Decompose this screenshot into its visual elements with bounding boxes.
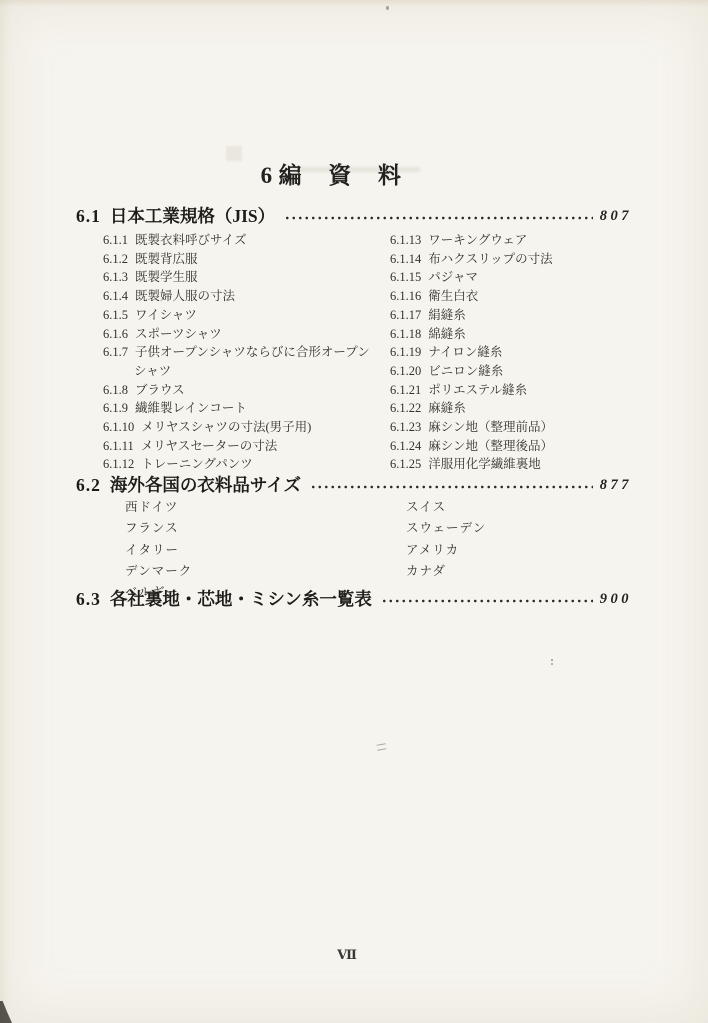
toc-entry: 6.1.18綿縫糸: [390, 325, 553, 344]
toc-entry-continuation: シャツ: [103, 362, 370, 381]
toc-entry: 6.1.22麻縫糸: [390, 399, 553, 418]
items-left-column: 6.1.1既製衣料呼びサイズ 6.1.2既製背広服 6.1.3既製学生服 6.1…: [103, 231, 370, 474]
page-title: 6編 資 料: [0, 157, 688, 190]
section-number: 6.2: [76, 474, 101, 496]
entry-number: 6.1.18: [390, 327, 421, 341]
entry-text: 繊維製レインコート: [135, 401, 247, 415]
section-page-number: 807: [600, 205, 632, 227]
dotted-leader: [284, 209, 593, 227]
toc-entry: 6.1.11メリヤスセーターの寸法: [103, 437, 370, 456]
country-entry: カナダ: [406, 561, 486, 582]
toc-entry: 6.1.16衛生白衣: [390, 287, 553, 306]
entry-text: 既製衣料呼びサイズ: [135, 233, 247, 247]
section-number: 6.3: [76, 588, 101, 610]
toc-entry: 6.1.5ワイシャツ: [103, 306, 370, 325]
entry-text: パジャマ: [428, 270, 478, 284]
entry-text: 子供オープンシャツならびに合形オープン: [135, 345, 370, 359]
entry-number: 6.1.10: [103, 420, 134, 434]
entry-text: メリヤスセーターの寸法: [141, 439, 278, 453]
items-right-column: 6.1.13ワーキングウェア 6.1.14布ハクスリップの寸法 6.1.15パジ…: [390, 231, 553, 474]
section-heading-6-1: 6.1 日本工業規格（JIS） 807: [76, 205, 632, 227]
section-label: 各社裏地・芯地・ミシン糸一覧表: [110, 588, 372, 610]
toc-entry: 6.1.6スポーツシャツ: [103, 325, 370, 344]
entry-number: 6.1.11: [103, 439, 134, 453]
toc-entry: 6.1.2既製背広服: [103, 250, 370, 269]
toc-entry: 6.1.21ポリエステル縫糸: [390, 381, 553, 400]
toc-entry: 6.1.25洋服用化学繊維裏地: [390, 455, 553, 474]
toc-entry: 6.1.10メリヤスシャツの寸法(男子用): [103, 418, 370, 437]
entry-number: 6.1.9: [103, 401, 128, 415]
country-entry: スイス: [406, 497, 486, 518]
scan-artifact-speck: [551, 659, 553, 661]
entry-text: ナイロン縫糸: [428, 345, 502, 359]
entry-number: 6.1.24: [390, 439, 421, 453]
country-entry: スウェーデン: [406, 518, 486, 539]
entry-number: 6.1.8: [103, 383, 128, 397]
entry-text: 洋服用化学繊維裏地: [428, 457, 541, 471]
toc-entry: 6.1.4既製婦人服の寸法: [103, 287, 370, 306]
entry-number: 6.1.2: [103, 252, 128, 266]
entry-text: シャツ: [134, 364, 171, 378]
section-page-number: 877: [600, 474, 632, 496]
entry-text: 麻シン地（整理前品）: [428, 420, 553, 434]
country-entry: 西ドイツ: [125, 497, 192, 518]
entry-text: トレーニングパンツ: [141, 457, 253, 471]
entry-number: 6.1.15: [390, 270, 421, 284]
toc-entry: 6.1.9繊維製レインコート: [103, 399, 370, 418]
entry-number: 6.1.13: [390, 233, 421, 247]
toc-entry: 6.1.3既製学生服: [103, 268, 370, 287]
country-entry: イタリー: [125, 540, 192, 561]
entry-number: 6.1.25: [390, 457, 421, 471]
entry-text: スポーツシャツ: [135, 327, 222, 341]
entry-number: 6.1.14: [390, 252, 421, 266]
toc-entry: 6.1.24麻シン地（整理後品）: [390, 437, 553, 456]
entry-text: 絹縫糸: [428, 308, 466, 322]
entry-number: 6.1.19: [390, 345, 421, 359]
entry-text: 麻縫糸: [428, 401, 466, 415]
toc-entry: 6.1.23麻シン地（整理前品）: [390, 418, 553, 437]
toc-scan-page: 6編 資 料 6.1 日本工業規格（JIS） 807 6.1.1既製衣料呼びサイ…: [0, 0, 708, 1023]
entry-text: 衛生白衣: [428, 289, 478, 303]
folio-page-number: Ⅶ: [0, 947, 701, 963]
section-heading-6-2: 6.2 海外各国の衣料品サイズ 877: [76, 474, 632, 496]
toc-entry: 6.1.15パジャマ: [390, 268, 553, 287]
entry-number: 6.1.5: [103, 308, 128, 322]
section-heading-6-3: 6.3 各社裏地・芯地・ミシン糸一覧表 900: [76, 588, 632, 610]
dotted-leader: [381, 592, 593, 610]
entry-text: 布ハクスリップの寸法: [428, 252, 552, 266]
entry-number: 6.1.12: [103, 457, 134, 471]
toc-entry: 6.1.13ワーキングウェア: [390, 231, 553, 250]
toc-entry: 6.1.12トレーニングパンツ: [103, 455, 370, 474]
entry-text: 既製背広服: [135, 252, 198, 266]
entry-text: 綿縫糸: [428, 327, 466, 341]
country-entry: アメリカ: [406, 540, 486, 561]
entry-text: ワーキングウェア: [428, 233, 527, 247]
entry-number: 6.1.16: [390, 289, 421, 303]
entry-text: メリヤスシャツの寸法(男子用): [141, 420, 311, 434]
country-entry: デンマーク: [125, 561, 192, 582]
section-label: 海外各国の衣料品サイズ: [110, 474, 301, 496]
section-label: 日本工業規格（JIS）: [110, 205, 275, 227]
scan-artifact-corner-mark: [0, 1001, 12, 1023]
entry-text: ポリエステル縫糸: [428, 383, 527, 397]
entry-number: 6.1.4: [103, 289, 128, 303]
toc-entry: 6.1.20ビニロン縫糸: [390, 362, 553, 381]
section-number: 6.1: [76, 205, 101, 227]
entry-number: 6.1.6: [103, 327, 128, 341]
country-entry: フランス: [125, 518, 192, 539]
entry-text: 既製学生服: [135, 270, 198, 284]
entry-text: 麻シン地（整理後品）: [428, 439, 553, 453]
entry-text: ワイシャツ: [135, 308, 197, 322]
entry-number: 6.1.7: [103, 345, 128, 359]
toc-entry: 6.1.8ブラウス: [103, 381, 370, 400]
scan-artifact-speck: [386, 6, 389, 10]
entry-text: 既製婦人服の寸法: [135, 289, 235, 303]
entry-number: 6.1.1: [103, 233, 128, 247]
toc-entry: 6.1.1既製衣料呼びサイズ: [103, 231, 370, 250]
toc-entry: 6.1.17絹縫糸: [390, 306, 553, 325]
entry-text: ブラウス: [135, 383, 185, 397]
dotted-leader: [310, 478, 593, 496]
toc-entry: 6.1.7子供オープンシャツならびに合形オープン: [103, 343, 370, 362]
entry-number: 6.1.22: [390, 401, 421, 415]
toc-entry: 6.1.19ナイロン縫糸: [390, 343, 553, 362]
entry-text: ビニロン縫糸: [428, 364, 503, 378]
countries-right-column: スイス スウェーデン アメリカ カナダ: [406, 497, 486, 582]
entry-number: 6.1.3: [103, 270, 128, 284]
scan-artifact-smudge: [377, 743, 387, 750]
entry-number: 6.1.21: [390, 383, 421, 397]
toc-entry: 6.1.14布ハクスリップの寸法: [390, 250, 553, 269]
entry-number: 6.1.17: [390, 308, 421, 322]
entry-number: 6.1.20: [390, 364, 421, 378]
section-page-number: 900: [600, 588, 632, 610]
entry-number: 6.1.23: [390, 420, 421, 434]
